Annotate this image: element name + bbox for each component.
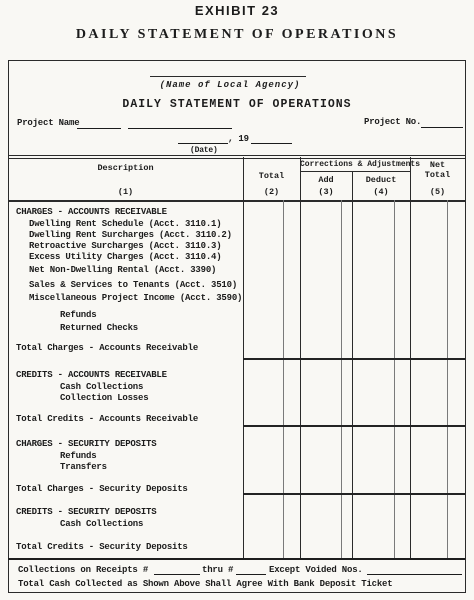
form-title: DAILY STATEMENT OF OPERATIONS <box>0 98 474 111</box>
year-blank <box>251 133 292 144</box>
col-net-label-1: Net <box>410 160 465 170</box>
col-description-label: Description <box>8 163 243 173</box>
agency-caption: (Name of Local Agency) <box>130 80 330 90</box>
table-row: CREDITS - SECURITY DEPOSITS <box>16 507 156 517</box>
table-row: Cash Collections <box>60 382 143 392</box>
agency-name-blank <box>150 76 306 77</box>
table-row: Dwelling Rent Schedule (Acct. 3110.1) <box>29 219 221 229</box>
table-row: Transfers <box>60 462 107 472</box>
receipts-thru-blank <box>236 564 266 575</box>
project-no-blank <box>421 117 463 128</box>
table-top-rule-1 <box>8 155 465 156</box>
table-row: Dwelling Rent Surcharges (Acct. 3110.2) <box>29 230 232 240</box>
table-row: Total Credits - Accounts Receivable <box>16 414 198 424</box>
project-name-blank-2 <box>128 118 232 129</box>
cents-divider-add <box>341 200 342 559</box>
date-blank <box>178 133 228 144</box>
cents-divider-net <box>447 200 448 559</box>
table-row: Total Charges - Accounts Receivable <box>16 343 198 353</box>
agree-statement: Total Cash Collected as Shown Above Shal… <box>18 579 392 589</box>
table-row: CHARGES - SECURITY DEPOSITS <box>16 439 156 449</box>
col-deduct-label: Deduct <box>352 175 410 185</box>
header-bottom-rule <box>8 200 465 202</box>
col-deduct-num: (4) <box>352 187 410 197</box>
corrections-group-underline <box>300 171 410 172</box>
table-row: CHARGES - ACCOUNTS RECEIVABLE <box>16 207 167 217</box>
exhibit-heading: EXHIBIT 23 <box>0 3 474 18</box>
col-add-num: (3) <box>300 187 352 197</box>
table-row: Cash Collections <box>60 519 143 529</box>
cents-divider-total <box>283 200 284 559</box>
col-add-label: Add <box>300 175 352 185</box>
date-year-prefix: , 19 <box>228 134 249 144</box>
col-line-add-deduct <box>352 171 353 559</box>
cents-divider-deduct <box>394 200 395 559</box>
table-row: Excess Utility Charges (Acct. 3110.4) <box>29 252 221 262</box>
col-total-label: Total <box>243 171 300 181</box>
project-name-label: Project Name <box>17 118 79 128</box>
section-line-after-total-charges-sd <box>243 493 465 495</box>
section-line-after-total-credits-ar <box>243 425 465 427</box>
receipts-label: Collections on Receipts # <box>18 565 148 575</box>
project-name-blank-1 <box>77 118 121 129</box>
table-row: Refunds <box>60 451 96 461</box>
voided-nos-blank <box>367 564 462 575</box>
page-title: DAILY STATEMENT OF OPERATIONS <box>0 27 474 43</box>
thru-label: thru # <box>202 565 233 575</box>
table-row: Total Charges - Security Deposits <box>16 484 188 494</box>
table-row: Net Non-Dwelling Rental (Acct. 3390) <box>29 265 216 275</box>
table-row: Returned Checks <box>60 323 138 333</box>
corrections-group-label: Corrections & Adjustments <box>300 160 410 169</box>
table-row: Total Credits - Security Deposits <box>16 542 188 552</box>
table-top-rule-2 <box>8 158 465 159</box>
project-no-label: Project No. <box>364 117 421 127</box>
voided-label: Except Voided Nos. <box>269 565 363 575</box>
table-row: Miscellaneous Project Income (Acct. 3590… <box>29 293 242 303</box>
receipts-from-blank <box>154 564 200 575</box>
document-page: EXHIBIT 23 DAILY STATEMENT OF OPERATIONS… <box>0 0 474 600</box>
table-bottom-rule <box>8 558 465 560</box>
table-row: CREDITS - ACCOUNTS RECEIVABLE <box>16 370 167 380</box>
table-row: Retroactive Surcharges (Acct. 3110.3) <box>29 241 221 251</box>
table-row: Collection Losses <box>60 393 148 403</box>
col-description-num: (1) <box>8 187 243 197</box>
table-row: Sales & Services to Tenants (Acct. 3510) <box>29 280 237 290</box>
col-net-num: (5) <box>410 187 465 197</box>
table-row: Refunds <box>60 310 96 320</box>
section-line-after-total-charges-ar <box>243 358 465 360</box>
col-net-label-2: Total <box>410 170 465 180</box>
col-total-num: (2) <box>243 187 300 197</box>
